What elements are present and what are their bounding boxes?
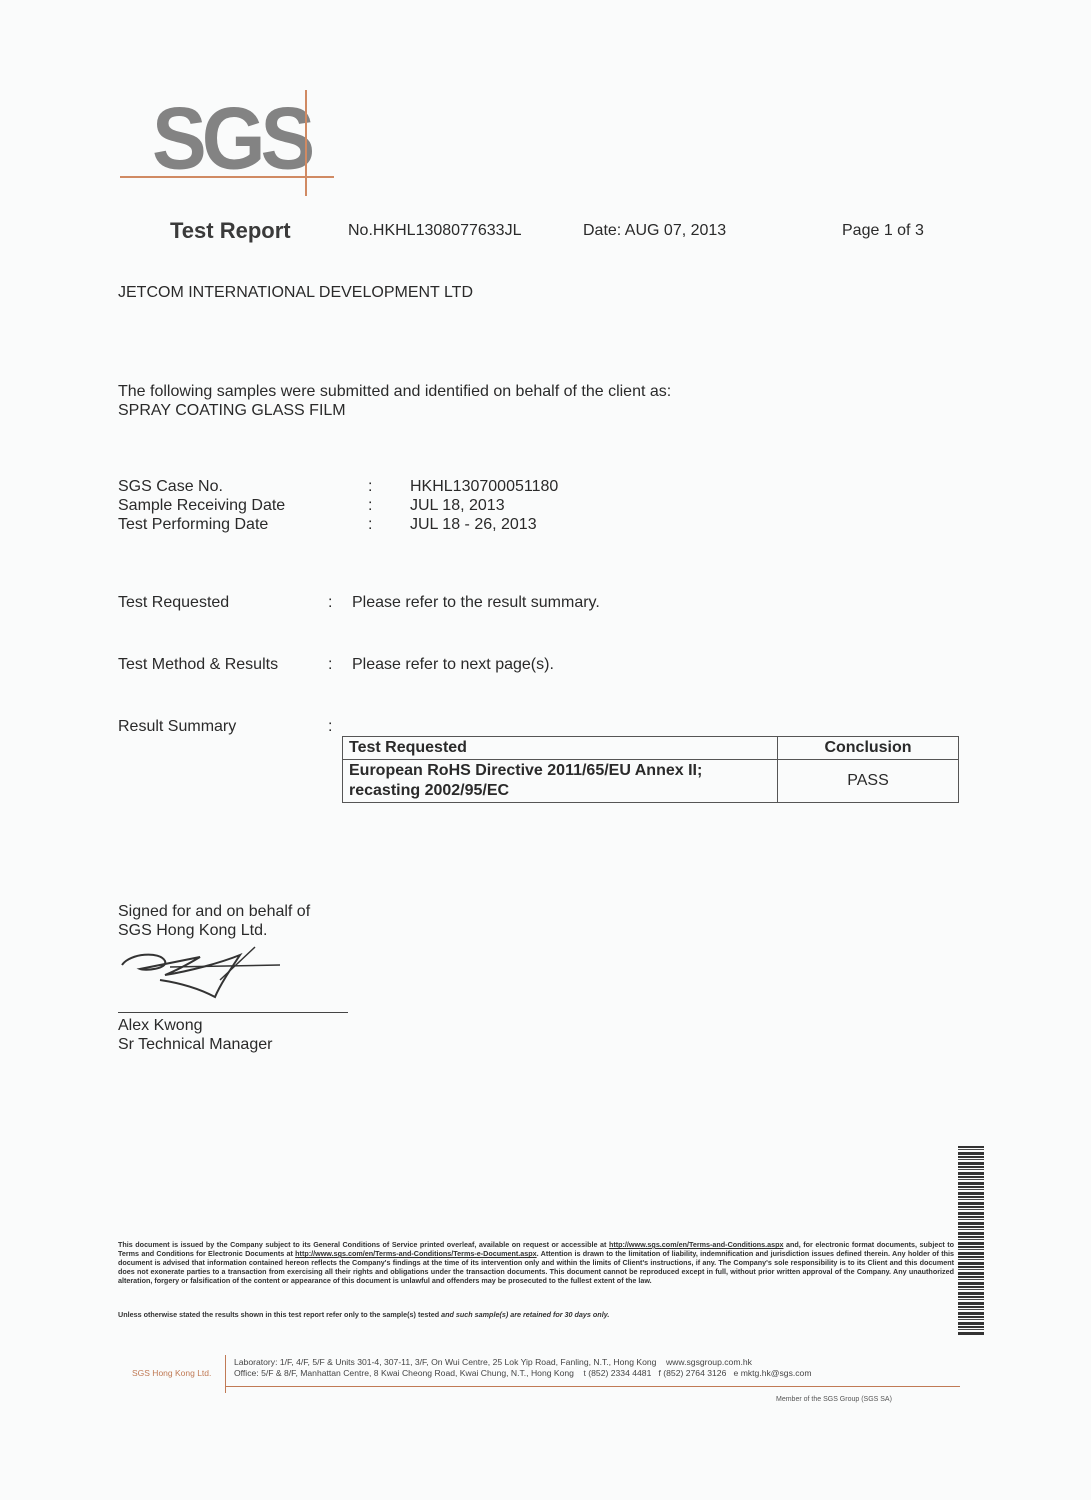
signer-block: Alex Kwong Sr Technical Manager	[118, 1016, 272, 1054]
note-italic: and such sample(s) are retained for 30 d…	[441, 1310, 609, 1319]
terms-e-document-link[interactable]: http://www.sgs.com/en/Terms-and-Conditio…	[295, 1249, 536, 1258]
receiving-date-value: JUL 18, 2013	[410, 497, 505, 515]
result-summary-label: Result Summary	[118, 718, 236, 736]
performing-date-colon: :	[368, 516, 372, 534]
intro-line: The following samples were submitted and…	[118, 382, 671, 401]
signed-line-2: SGS Hong Kong Ltd.	[118, 921, 310, 940]
client-name: JETCOM INTERNATIONAL DEVELOPMENT LTD	[118, 284, 473, 302]
sample-name: SPRAY COATING GLASS FILM	[118, 401, 671, 420]
test-line-2: recasting 2002/95/EC	[349, 781, 771, 801]
footer-vertical-rule	[225, 1355, 226, 1393]
sgs-logo: SGS	[152, 95, 310, 184]
header-test-requested: Test Requested	[343, 737, 778, 760]
signature-line	[118, 1012, 348, 1013]
case-no-colon: :	[368, 478, 372, 496]
test-method-value: Please refer to next page(s).	[352, 656, 554, 674]
table-header-row: Test Requested Conclusion	[343, 737, 959, 760]
performing-date-label: Test Performing Date	[118, 516, 268, 534]
footer-addresses: Laboratory: 1/F, 4/F, 5/F & Units 301-4,…	[234, 1357, 812, 1379]
barcode-icon	[958, 1146, 984, 1336]
report-title: Test Report	[170, 218, 291, 244]
footer-laboratory: Laboratory: 1/F, 4/F, 5/F & Units 301-4,…	[234, 1357, 812, 1368]
note-regular: Unless otherwise stated the results show…	[118, 1310, 441, 1319]
footer-company: SGS Hong Kong Ltd.	[132, 1368, 211, 1378]
signed-line-1: Signed for and on behalf of	[118, 902, 310, 921]
signer-name: Alex Kwong	[118, 1016, 272, 1035]
test-requested-value: Please refer to the result summary.	[352, 594, 600, 612]
legal-disclaimer: This document is issued by the Company s…	[118, 1240, 954, 1285]
logo-horizontal-rule	[120, 176, 334, 178]
result-summary-table: Test Requested Conclusion European RoHS …	[342, 736, 959, 803]
signed-for-block: Signed for and on behalf of SGS Hong Kon…	[118, 902, 310, 940]
table-row: European RoHS Directive 2011/65/EU Annex…	[343, 760, 959, 803]
test-requested-colon: :	[328, 594, 332, 612]
test-requested-label: Test Requested	[118, 594, 229, 612]
performing-date-value: JUL 18 - 26, 2013	[410, 516, 537, 534]
sample-intro: The following samples were submitted and…	[118, 382, 671, 420]
test-line-1: European RoHS Directive 2011/65/EU Annex…	[349, 761, 771, 781]
signer-title: Sr Technical Manager	[118, 1035, 272, 1054]
test-method-colon: :	[328, 656, 332, 674]
report-number: No.HKHL1308077633JL	[348, 222, 521, 240]
conclusion-cell: PASS	[778, 760, 959, 803]
header-conclusion: Conclusion	[778, 737, 959, 760]
sample-retention-note: Unless otherwise stated the results show…	[118, 1310, 954, 1319]
footer-horizontal-rule	[225, 1386, 960, 1387]
logo-vertical-rule	[305, 90, 307, 196]
signature-scribble-icon	[120, 945, 290, 1000]
result-summary-colon: :	[328, 718, 332, 736]
receiving-date-colon: :	[368, 497, 372, 515]
report-date: Date: AUG 07, 2013	[583, 222, 726, 240]
footer-member: Member of the SGS Group (SGS SA)	[776, 1396, 892, 1403]
disclaimer-text-1: This document is issued by the Company s…	[118, 1240, 609, 1249]
test-requested-cell: European RoHS Directive 2011/65/EU Annex…	[343, 760, 778, 803]
footer-office: Office: 5/F & 8/F, Manhattan Centre, 8 K…	[234, 1368, 812, 1379]
page-indicator: Page 1 of 3	[842, 222, 924, 240]
receiving-date-label: Sample Receiving Date	[118, 497, 285, 515]
case-no-value: HKHL130700051180	[410, 478, 558, 496]
case-no-label: SGS Case No.	[118, 478, 223, 496]
test-method-label: Test Method & Results	[118, 656, 278, 674]
terms-conditions-link[interactable]: http://www.sgs.com/en/Terms-and-Conditio…	[609, 1240, 784, 1249]
